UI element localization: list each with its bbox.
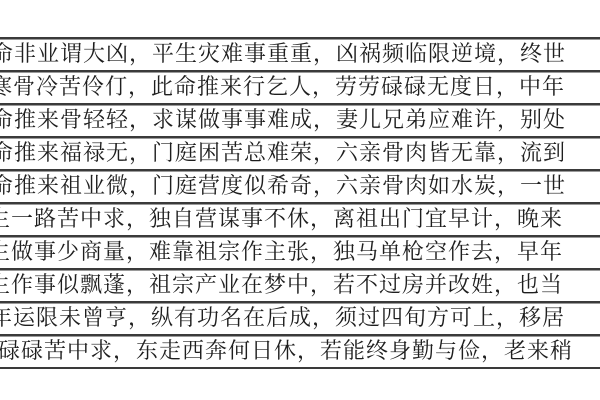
verse-row: 命推来骨轻轻，求谋做事事难成，妻儿兄弟应难许，别处 [0, 103, 600, 136]
verse-text: 生做事少商量，难靠祖宗作主张，独马单枪空作去，早年 [0, 240, 563, 266]
verse-text: 碌碌苦中求，东走西奔何日休，若能终身勤与俭，老来稍 [0, 339, 573, 365]
verse-text: 年运限未曾亨，纵有功名在后成，须过四旬方可上，移居 [0, 306, 565, 332]
fortune-verse-table: 命非业谓大凶，平生灾难事重重，凶祸频临限逆境，终世 寒骨冷苦伶仃，此命推来行乞人… [0, 37, 600, 369]
verse-text: 生一路苦中求，独自营谋事不休，离祖出门宜早计，晚来 [0, 207, 563, 233]
verse-row: 碌碌苦中求，东走西奔何日休，若能终身勤与俭，老来稍 [0, 334, 600, 369]
verse-text: 寒骨冷苦伶仃，此命推来行乞人，劳劳碌碌无度日，中年 [0, 75, 565, 101]
verse-row: 命推来祖业微，门庭营度似希奇，六亲骨肉如水炭，一世 [0, 169, 600, 202]
verse-text: 命推来福禄无，门庭困苦总难荣，六亲骨肉皆无靠，流到 [0, 141, 566, 167]
verse-row: 生作事似飘蓬，祖宗产业在梦中，若不过房并改姓，也当 [0, 268, 600, 301]
verse-row: 年运限未曾亨，纵有功名在后成，须过四旬方可上，移居 [0, 301, 600, 334]
verse-row: 命非业谓大凶，平生灾难事重重，凶祸频临限逆境，终世 [0, 37, 600, 70]
verse-text: 命非业谓大凶，平生灾难事重重，凶祸频临限逆境，终世 [0, 42, 566, 68]
verse-row: 命推来福禄无，门庭困苦总难荣，六亲骨肉皆无靠，流到 [0, 136, 600, 169]
verse-text: 命推来骨轻轻，求谋做事事难成，妻儿兄弟应难许，别处 [0, 108, 566, 134]
verse-row: 寒骨冷苦伶仃，此命推来行乞人，劳劳碌碌无度日，中年 [0, 70, 600, 103]
verse-text: 生作事似飘蓬，祖宗产业在梦中，若不过房并改姓，也当 [0, 273, 563, 299]
verse-row: 生做事少商量，难靠祖宗作主张，独马单枪空作去，早年 [0, 235, 600, 268]
verse-row: 生一路苦中求，独自营谋事不休，离祖出门宜早计，晚来 [0, 202, 600, 235]
verse-text: 命推来祖业微，门庭营度似希奇，六亲骨肉如水炭，一世 [0, 174, 566, 200]
